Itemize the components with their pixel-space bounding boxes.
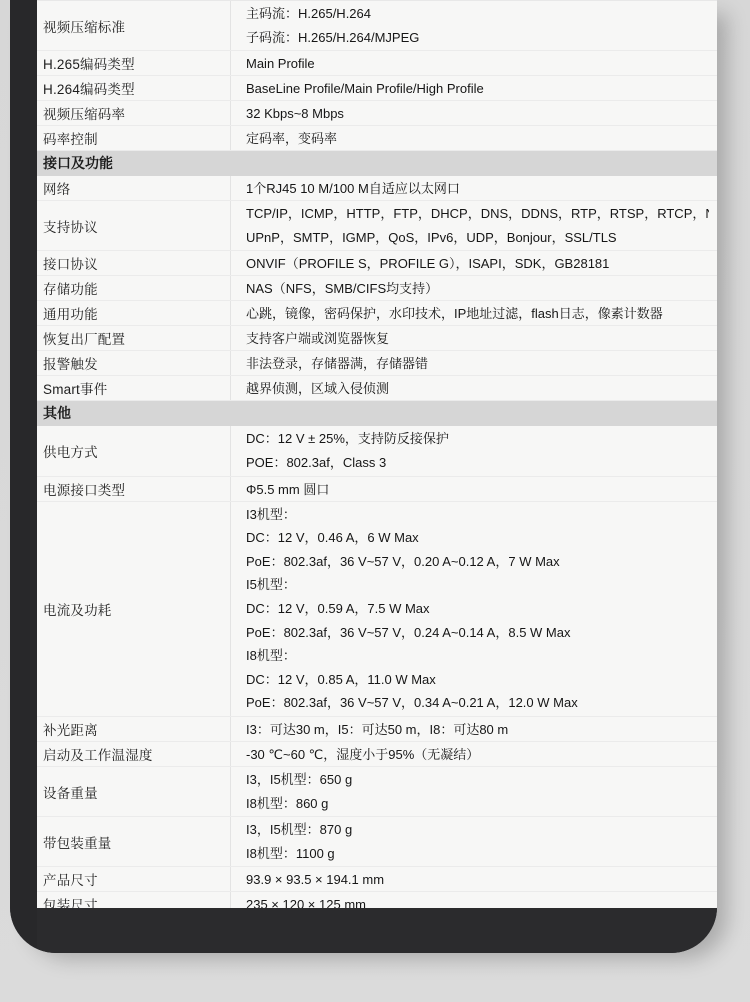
spec-value: ONVIF（PROFILE S，PROFILE G），ISAPI，SDK，GB2… [231,251,717,275]
spec-value-line: I8机型：860 g [246,792,709,816]
spec-value-line: I3机型： [246,503,709,527]
spec-value-line: 93.9 × 93.5 × 194.1 mm [246,868,709,890]
section-header: 接口及功能 [37,151,717,176]
spec-row: Smart事件 越界侦测，区域入侵侦测 [37,376,717,401]
spec-value: 93.9 × 93.5 × 194.1 mm [231,867,717,891]
spec-label: 通用功能 [37,301,231,325]
spec-row: 视频压缩标准 主码流：H.265/H.264子码流：H.265/H.264/MJ… [37,1,717,51]
spec-value-line: DC：12 V，0.85 A，11.0 W Max [246,668,709,692]
spec-value-line: I5机型： [246,573,709,597]
spec-value-line: BaseLine Profile/Main Profile/High Profi… [246,77,709,99]
spec-label: 网络 [37,176,231,200]
spec-value-line: I8机型： [246,644,709,668]
spec-row: 通用功能 心跳，镜像，密码保护，水印技术，IP地址过滤，flash日志，像素计数… [37,301,717,326]
spec-value-line: I3：可达30 m，I5：可达50 m，I8：可达80 m [246,718,709,740]
spec-value: I3，I5机型：870 gI8机型：1100 g [231,817,717,866]
spec-row: H.265编码类型 Main Profile [37,51,717,76]
spec-value-line: I3，I5机型：650 g [246,768,709,792]
spec-value: 支持客户端或浏览器恢复 [231,326,717,350]
spec-value: 32 Kbps~8 Mbps [231,101,717,125]
spec-label: H.265编码类型 [37,51,231,75]
spec-value-line: 1个RJ45 10 M/100 M自适应以太网口 [246,177,709,199]
spec-value: I3，I5机型：650 gI8机型：860 g [231,767,717,816]
spec-value-line: 越界侦测，区域入侵侦测 [246,377,709,399]
spec-card: 视频压缩标准 主码流：H.265/H.264子码流：H.265/H.264/MJ… [10,0,717,953]
spec-row: 带包装重量 I3，I5机型：870 gI8机型：1100 g [37,817,717,867]
spec-value-line: I3，I5机型：870 g [246,818,709,842]
spec-row: 视频压缩码率 32 Kbps~8 Mbps [37,101,717,126]
spec-value-line: DC：12 V，0.46 A，6 W Max [246,526,709,550]
spec-value: Main Profile [231,51,717,75]
spec-label: 视频压缩码率 [37,101,231,125]
spec-value-line: PoE：802.3af，36 V~57 V，0.20 A~0.12 A，7 W … [246,550,709,574]
spec-value-line: TCP/IP，ICMP，HTTP，FTP，DHCP，DNS，DDNS，RTP，R… [246,202,709,226]
page-background: { "page": { "background": "#d8d8d8", "fr… [0,0,750,1002]
spec-value: NAS（NFS，SMB/CIFS均支持） [231,276,717,300]
spec-value: 越界侦测，区域入侵侦测 [231,376,717,400]
spec-value-line: 主码流：H.265/H.264 [246,2,709,26]
spec-value-line: UPnP，SMTP，IGMP，QoS，IPv6，UDP，Bonjour，SSL/… [246,226,709,250]
spec-value: 定码率，变码率 [231,126,717,150]
spec-label: 支持协议 [37,201,231,250]
spec-value-line: DC：12 V ± 25%，支持防反接保护 [246,427,709,451]
spec-row: 产品尺寸 93.9 × 93.5 × 194.1 mm [37,867,717,892]
spec-label: Smart事件 [37,376,231,400]
spec-value: I3：可达30 m，I5：可达50 m，I8：可达80 m [231,717,717,741]
spec-row: 恢复出厂配置 支持客户端或浏览器恢复 [37,326,717,351]
spec-value-line: DC：12 V，0.59 A，7.5 W Max [246,597,709,621]
spec-value-line: Main Profile [246,52,709,74]
spec-value-line: 32 Kbps~8 Mbps [246,102,709,124]
spec-value-line: 非法登录，存储器满，存储器错 [246,352,709,374]
spec-table: 视频压缩标准 主码流：H.265/H.264子码流：H.265/H.264/MJ… [37,0,717,908]
spec-value: 非法登录，存储器满，存储器错 [231,351,717,375]
spec-value-line: 定码率，变码率 [246,127,709,149]
spec-row: 供电方式 DC：12 V ± 25%，支持防反接保护POE：802.3af，Cl… [37,426,717,476]
spec-value-line: PoE：802.3af，36 V~57 V，0.34 A~0.21 A，12.0… [246,691,709,715]
spec-label: 产品尺寸 [37,867,231,891]
spec-value: TCP/IP，ICMP，HTTP，FTP，DHCP，DNS，DDNS，RTP，R… [231,201,717,250]
spec-row: 补光距离 I3：可达30 m，I5：可达50 m，I8：可达80 m [37,717,717,742]
spec-value-line: ONVIF（PROFILE S，PROFILE G），ISAPI，SDK，GB2… [246,252,709,274]
spec-row: 存储功能 NAS（NFS，SMB/CIFS均支持） [37,276,717,301]
spec-value: DC：12 V ± 25%，支持防反接保护POE：802.3af，Class 3 [231,426,717,475]
spec-label: 补光距离 [37,717,231,741]
spec-label: 视频压缩标准 [37,1,231,50]
spec-value: 心跳，镜像，密码保护，水印技术，IP地址过滤，flash日志，像素计数器 [231,301,717,325]
left-frame-bar [10,0,37,953]
spec-row: 报警触发 非法登录，存储器满，存储器错 [37,351,717,376]
spec-value: BaseLine Profile/Main Profile/High Profi… [231,76,717,100]
spec-row: 网络 1个RJ45 10 M/100 M自适应以太网口 [37,176,717,201]
spec-row: 电流及功耗 I3机型：DC：12 V，0.46 A，6 W MaxPoE：802… [37,502,717,717]
spec-value-line: 支持客户端或浏览器恢复 [246,327,709,349]
spec-label: 供电方式 [37,426,231,475]
spec-value-line: -30 ℃~60 ℃，湿度小于95%（无凝结） [246,743,709,765]
spec-value: I3机型：DC：12 V，0.46 A，6 W MaxPoE：802.3af，3… [231,502,717,716]
spec-value-line: 子码流：H.265/H.264/MJPEG [246,26,709,50]
spec-label: 码率控制 [37,126,231,150]
spec-value-line: Φ5.5 mm 圆口 [246,478,709,500]
spec-row: 码率控制 定码率，变码率 [37,126,717,151]
spec-row: 包装尺寸 235 × 120 × 125 mm [37,892,717,908]
spec-value: -30 ℃~60 ℃，湿度小于95%（无凝结） [231,742,717,766]
spec-label: 报警触发 [37,351,231,375]
spec-row: 电源接口类型 Φ5.5 mm 圆口 [37,477,717,502]
section-header: 其他 [37,401,717,426]
spec-value-line: 235 × 120 × 125 mm [246,893,709,908]
spec-row: 设备重量 I3，I5机型：650 gI8机型：860 g [37,767,717,817]
spec-value: Φ5.5 mm 圆口 [231,477,717,501]
spec-row: 支持协议 TCP/IP，ICMP，HTTP，FTP，DHCP，DNS，DDNS，… [37,201,717,251]
spec-label: 设备重量 [37,767,231,816]
spec-value-line: NAS（NFS，SMB/CIFS均支持） [246,277,709,299]
spec-label: 存储功能 [37,276,231,300]
spec-value: 主码流：H.265/H.264子码流：H.265/H.264/MJPEG [231,1,717,50]
spec-label: 启动及工作温湿度 [37,742,231,766]
spec-value-line: PoE：802.3af，36 V~57 V，0.24 A~0.14 A，8.5 … [246,621,709,645]
spec-value: 235 × 120 × 125 mm [231,892,717,908]
spec-label: H.264编码类型 [37,76,231,100]
card-content: 视频压缩标准 主码流：H.265/H.264子码流：H.265/H.264/MJ… [37,0,717,953]
card-footer [37,908,717,953]
spec-row: 启动及工作温湿度 -30 ℃~60 ℃，湿度小于95%（无凝结） [37,742,717,767]
spec-value-line: POE：802.3af，Class 3 [246,451,709,475]
spec-label: 电源接口类型 [37,477,231,501]
spec-label: 电流及功耗 [37,502,231,716]
spec-label: 恢复出厂配置 [37,326,231,350]
spec-value-line: I8机型：1100 g [246,842,709,866]
spec-row: H.264编码类型 BaseLine Profile/Main Profile/… [37,76,717,101]
spec-value-line: 心跳，镜像，密码保护，水印技术，IP地址过滤，flash日志，像素计数器 [246,302,709,324]
spec-label: 带包装重量 [37,817,231,866]
spec-row: 接口协议 ONVIF（PROFILE S，PROFILE G），ISAPI，SD… [37,251,717,276]
spec-value: 1个RJ45 10 M/100 M自适应以太网口 [231,176,717,200]
spec-label: 包装尺寸 [37,892,231,908]
spec-label: 接口协议 [37,251,231,275]
